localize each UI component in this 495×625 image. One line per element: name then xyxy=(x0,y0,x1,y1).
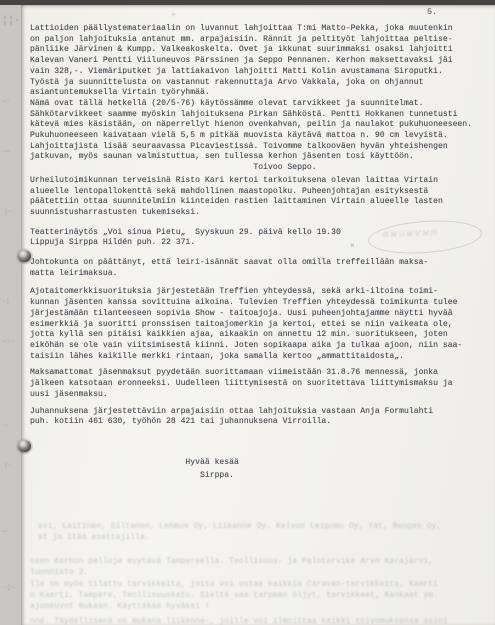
text-line: Sirppa. xyxy=(30,470,486,483)
pencil-mark: × xyxy=(350,242,355,251)
signature-block: Hyvää kesää Sirppa. xyxy=(30,457,486,482)
text-line: kätevä mies käsistään, on näperrellyt hi… xyxy=(30,120,486,131)
bleedthrough-line: n Kaarti, Tampere, Teollisuuskatu. Sielt… xyxy=(30,591,438,600)
margin-smudge: ·— xyxy=(2,148,10,155)
binder-rivet-bottom xyxy=(18,440,31,452)
text-line: Kalevan Vaneri Pentti Viiluneuvos Pärssi… xyxy=(30,56,486,67)
margin-smudge: –· xyxy=(3,98,11,105)
text-line: Urheilutoimikunnan terveisinä Risto Kari… xyxy=(30,176,486,187)
text-line: eiköhän se ole vain viitsimisestä kiinni… xyxy=(30,341,486,352)
text-line: taisiin lähes kaikille merkki rintaan, j… xyxy=(30,352,486,363)
margin-smudge: ·· xyxy=(2,422,10,429)
margin-smudge: ¦· xyxy=(4,462,12,469)
paragraph-board-decision: Johtokunta on päättänyt, että leiri-isän… xyxy=(30,258,486,279)
paragraph-building-donations: Lattioiden päällystemateriaalin on luvan… xyxy=(30,24,486,174)
bleedthrough-line: svi, Laitinen, Siltanen, Lehmus Oy, Liik… xyxy=(38,522,441,531)
text-line: jälkeen katsotaan eronneeksi. Uudelleen … xyxy=(30,379,486,390)
text-line: Hyvää kesää xyxy=(30,457,486,470)
text-line: vain 328,-. Viemäriputket ja lattiakaivo… xyxy=(30,67,486,78)
text-line: Sähkötarvikkeet saamme myöskin lahjoituk… xyxy=(30,110,486,121)
paragraph-sports-committee: Urheilutoimikunnan terveisinä Risto Kari… xyxy=(30,176,486,219)
paragraph-membership-fees: Maksamattomat jäsenmaksut pyydetään suor… xyxy=(30,368,486,400)
margin-smudge: –· xyxy=(2,528,10,535)
text-line: Toivoo Seppo. xyxy=(30,163,486,174)
text-line: alueelle lentopallokenttä sekä mahdollin… xyxy=(30,187,486,198)
text-line: Juhannuksena järjestettäviin arpajaisiin… xyxy=(30,407,486,418)
stamp-scribble: mwuwvwn xyxy=(383,228,439,241)
text-line: kunnan jäsenten kanssa sovittuina aikoin… xyxy=(30,298,486,309)
text-line: suunnistusharrastusten tukemiseksi. xyxy=(30,208,486,219)
text-line: matta leirimaksua. xyxy=(30,269,486,280)
text-line: Johtokunta on päättänyt, että leiri-isän… xyxy=(30,258,486,269)
text-line: esimerkkiä ja suoritti pronssisen taitoa… xyxy=(30,320,486,331)
text-line: uusi jäsenmaksu. xyxy=(30,390,486,401)
bleedthrough-line: luonnisto 2. xyxy=(30,568,88,577)
bleedthrough-line: seen Kerhon pelloja myytävä Tampereella.… xyxy=(30,557,433,566)
text-line: jatkuvan, myös saunan valmistuttua, sen … xyxy=(30,152,486,163)
text-line: jotta kyllä sen pitäisi kaikkien ajaa, a… xyxy=(30,330,486,341)
scanned-document: ¦¦· –· ·— ¦– ·¦ –·· ·· ¦· –· ·¦– 5. + La… xyxy=(0,0,495,625)
margin-smudge: –·· xyxy=(3,338,15,345)
bleedthrough-line: ajoneuvot mukaan. Käyttäkää hyväksi ! xyxy=(30,602,210,611)
text-line: pänliike Järvinen & Kumpp. Valkeakoskelt… xyxy=(30,45,486,56)
margin-smudge: ·¦ xyxy=(2,298,10,305)
bleedthrough-line: lle on myös tilattu tarvikkeita, joita v… xyxy=(30,580,438,589)
text-line: asiantuntemuksella Virtain työryhmää. xyxy=(30,88,486,99)
paragraph-midsummer-raffle: Juhannuksena järjestettäviin arpajaisiin… xyxy=(30,407,486,428)
margin-smudge: ¦¦· xyxy=(2,16,20,27)
bleedthrough-line: st ja itää asettajilla. xyxy=(38,533,150,542)
text-line: Työstä ja suunnittelusta on vastannut ra… xyxy=(30,78,486,89)
document-page: 5. + Lattioiden päällystemateriaalin on … xyxy=(21,5,495,625)
text-line: Ajotaitomerkkisuorituksia järjestetään T… xyxy=(30,287,486,298)
scan-artifact-mark: + xyxy=(171,11,176,20)
text-line: päätettiin ottaa suunnitelmiin kiinteide… xyxy=(30,197,486,208)
typed-text-block: Lattioiden päällystemateriaalin on luvan… xyxy=(30,24,486,491)
binder-rivet-top xyxy=(18,250,31,262)
text-line: Pukuhuoneeseen kaivataan vielä 5,5 m pit… xyxy=(30,131,486,142)
text-line: puh. kotiin 461 630, työhön 28 421 tai j… xyxy=(30,417,486,428)
bleedthrough-line: nne. Täydellisenä on mukana liikenne-, j… xyxy=(30,617,448,625)
margin-smudge: ·¦– xyxy=(3,584,15,591)
text-line: Maksamattomat jäsenmaksut pyydetään suor… xyxy=(30,368,486,379)
margin-smudge: ¦– xyxy=(4,208,12,215)
paragraph-driving-skill-badge: Ajotaitomerkkisuorituksia järjestetään T… xyxy=(30,287,486,362)
text-line: Lattioiden päällystemateriaalin on luvan… xyxy=(30,24,486,35)
text-line: järjestämään tilanteeseen sopivia Show -… xyxy=(30,309,486,320)
page-number: 5. xyxy=(427,7,437,17)
text-line: Lahjoittajista lisää seuraavassa Picavie… xyxy=(30,142,486,153)
text-line: Nämä ovat tällä hetkellä (20/5-76) käytö… xyxy=(30,99,486,110)
text-line: on paljon lahjoituksia antanut mm. arpaj… xyxy=(30,35,486,46)
